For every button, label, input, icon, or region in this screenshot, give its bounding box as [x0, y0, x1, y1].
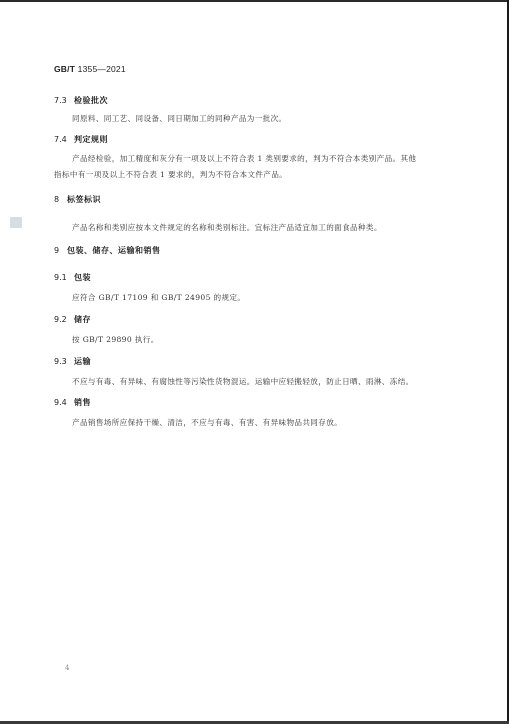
paragraph-7-3: 同原料、同工艺、同设备、同日期加工的同种产品为一批次。: [72, 113, 286, 124]
section-number: 7.3: [54, 96, 74, 105]
section-number: 9.2: [54, 315, 74, 324]
section-heading-9-1: 9.1包装: [54, 272, 91, 283]
paragraph-7-4-line-2: 指标中有一项及以上不符合表 1 要求的，判为不符合本文件产品。: [54, 169, 287, 180]
section-heading-8: 8标签标识: [54, 194, 101, 205]
paragraph-7-4-line-1: 产品经检验，加工精度和灰分有一项及以上不符合表 1 类别要求的，判为不符合本类别…: [72, 153, 416, 164]
section-number: 8: [54, 195, 67, 204]
section-title: 检验批次: [74, 96, 108, 105]
standard-id: GB/T: [54, 64, 75, 74]
section-number: 7.4: [54, 135, 74, 144]
section-heading-7-4: 7.4判定规则: [54, 134, 108, 145]
paragraph-9-2: 按 GB/T 29890 执行。: [72, 334, 159, 345]
section-number: 9: [54, 246, 67, 255]
section-number: 9.3: [54, 357, 74, 366]
paragraph-9-4: 产品销售场所应保持干燥、清洁，不应与有毒、有害、有异味物品共同存放。: [72, 417, 342, 428]
section-heading-7-3: 7.3检验批次: [54, 95, 108, 106]
section-title: 包装、储存、运输和销售: [67, 246, 161, 255]
paragraph-9-1: 应符合 GB/T 17109 和 GB/T 24905 的规定。: [72, 292, 245, 303]
scan-top-border: [0, 0, 509, 2]
section-title: 包装: [74, 273, 91, 282]
paragraph-8: 产品名称和类别应按本文件规定的名称和类别标注。宜标注产品适宜加工的面食品种类。: [72, 222, 382, 233]
section-title: 销售: [74, 398, 91, 407]
section-number: 9.1: [54, 273, 74, 282]
section-heading-9: 9包装、储存、运输和销售: [54, 245, 161, 256]
section-title: 判定规则: [74, 135, 108, 144]
section-heading-9-4: 9.4销售: [54, 397, 91, 408]
section-title: 储存: [74, 315, 91, 324]
standard-header: GB/T 1355—2021: [54, 64, 126, 74]
section-title: 标签标识: [67, 195, 101, 204]
section-number: 9.4: [54, 398, 74, 407]
watermark-icon: [10, 217, 22, 228]
page-number: 4: [65, 664, 69, 672]
section-heading-9-2: 9.2储存: [54, 314, 91, 325]
paragraph-9-3: 不应与有毒、有异味、有腐蚀性等污染性货物混运。运输中应轻搬轻放，防止日晒、雨淋、…: [72, 376, 414, 387]
section-title: 运输: [74, 357, 91, 366]
section-heading-9-3: 9.3运输: [54, 356, 91, 367]
standard-number: 1355—2021: [78, 64, 126, 74]
